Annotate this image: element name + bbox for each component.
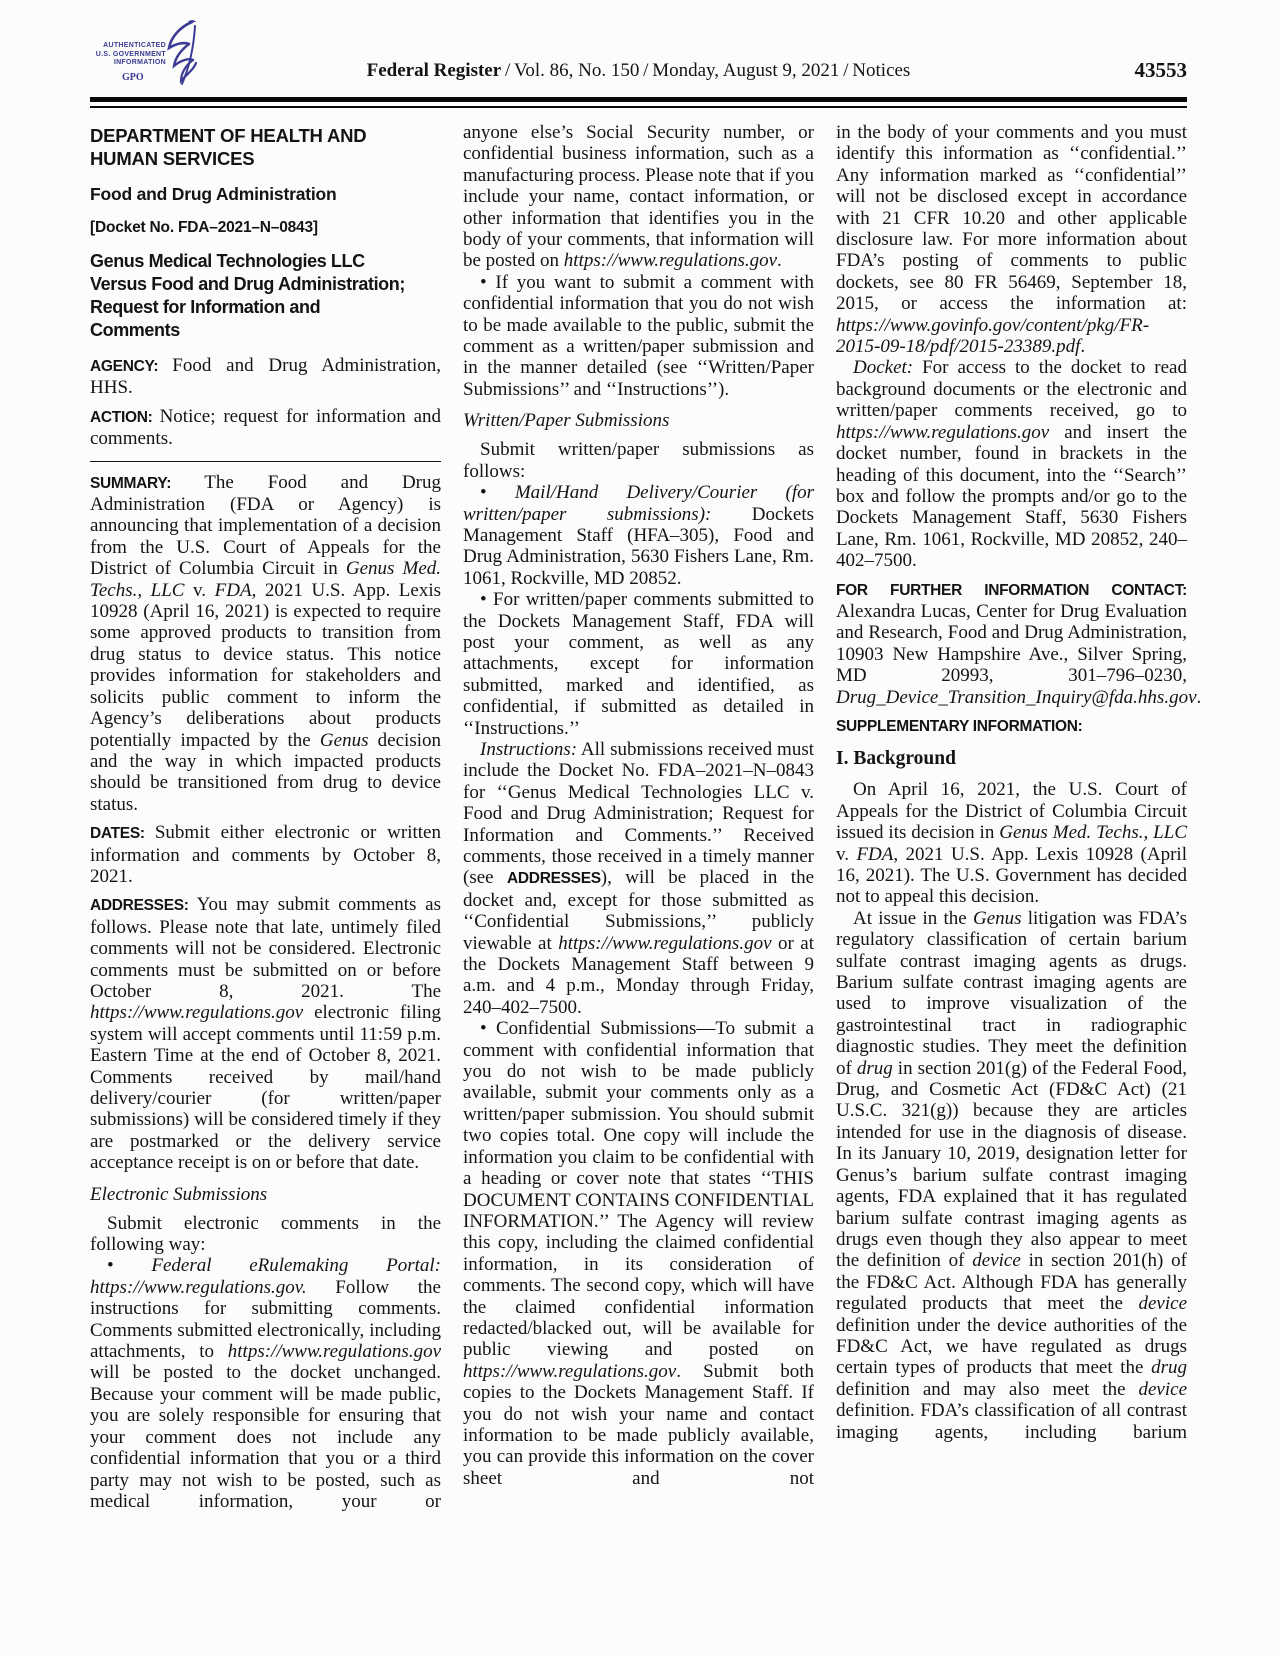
column-1: DEPARTMENT OF HEALTH AND HUMAN SERVICESF…: [90, 122, 441, 1512]
section-divider: [90, 461, 441, 462]
section-label: SUPPLEMENTARY INFORMATION:: [836, 718, 1083, 735]
bullet-written-paper-comments: • For written/paper comments submitted t…: [463, 589, 814, 739]
dates-paragraph: DATES: Submit either electronic or writt…: [90, 822, 441, 887]
column-2: anyone else’s Social Security number, or…: [463, 122, 814, 1489]
document-columns: DEPARTMENT OF HEALTH AND HUMAN SERVICESF…: [90, 122, 1187, 1512]
bullet-federal-erulemaking: • Federal eRulemaking Portal: https://ww…: [90, 1255, 441, 1512]
document-title: Genus Medical Technologies LLC Versus Fo…: [90, 250, 441, 342]
background-paragraph-2: At issue in the Genus litigation was FDA…: [836, 908, 1187, 1443]
action-paragraph: ACTION: Notice; request for information …: [90, 406, 441, 450]
supplementary-information-label: SUPPLEMENTARY INFORMATION:: [836, 715, 1187, 737]
section-label: DATES:: [90, 825, 155, 842]
federal-register-title: Federal Register: [367, 60, 502, 81]
header-rule-thick: [90, 97, 1187, 102]
header-rule-thin: [90, 106, 1187, 108]
docket-number: [Docket No. FDA–2021–N–0843]: [90, 218, 441, 237]
instructions-paragraph: Instructions: All submissions received m…: [463, 739, 814, 1018]
written-paper-submissions-heading: Written/Paper Submissions: [463, 410, 814, 432]
running-head: Federal Register / Vol. 86, No. 150 / Mo…: [90, 60, 1187, 82]
bullet-mail-hand-delivery: • Mail/Hand Delivery/Courier (for writte…: [463, 482, 814, 589]
department-heading: DEPARTMENT OF HEALTH AND HUMAN SERVICES: [90, 124, 441, 170]
paragraph-continued: anyone else’s Social Security number, or…: [463, 122, 814, 272]
section-label: AGENCY:: [90, 358, 172, 375]
authenticated-line-2: U.S. GOVERNMENT: [88, 51, 166, 60]
running-head-details: / Vol. 86, No. 150 / Monday, August 9, 2…: [501, 60, 910, 81]
addresses-paragraph: ADDRESSES: You may submit comments as fo…: [90, 894, 441, 1173]
section-label: ACTION:: [90, 409, 160, 426]
bullet-confidential-submissions: • Confidential Submissions—To submit a c…: [463, 1018, 814, 1489]
background-paragraph-1: On April 16, 2021, the U.S. Court of App…: [836, 779, 1187, 907]
page-number: 43553: [1135, 58, 1188, 83]
paragraph: Submit written/paper submissions as foll…: [463, 439, 814, 482]
background-heading: I. Background: [836, 748, 1187, 770]
gpo-logo: AUTHENTICATED U.S. GOVERNMENT INFORMATIO…: [88, 16, 198, 94]
docket-access-paragraph: Docket: For access to the docket to read…: [836, 357, 1187, 571]
agency-paragraph: AGENCY: Food and Drug Administration, HH…: [90, 355, 441, 399]
summary-paragraph: SUMMARY: The Food and Drug Administratio…: [90, 472, 441, 816]
section-label: SUMMARY:: [90, 475, 204, 492]
section-label: ADDRESSES:: [90, 897, 197, 914]
electronic-submissions-heading: Electronic Submissions: [90, 1184, 441, 1206]
paragraph-continued: in the body of your comments and you mus…: [836, 122, 1187, 357]
section-label: FOR FURTHER INFORMATION CONTACT:: [836, 582, 1187, 599]
bullet-confidential-info: • If you want to submit a comment with c…: [463, 272, 814, 400]
paragraph: Submit electronic comments in the follow…: [90, 1213, 441, 1256]
authenticated-line-1: AUTHENTICATED: [88, 42, 166, 51]
agency-heading: Food and Drug Administration: [90, 184, 441, 205]
page: AUTHENTICATED U.S. GOVERNMENT INFORMATIO…: [0, 0, 1280, 1656]
column-3: in the body of your comments and you mus…: [836, 122, 1187, 1443]
further-information-paragraph: FOR FURTHER INFORMATION CONTACT: Alexand…: [836, 579, 1187, 708]
